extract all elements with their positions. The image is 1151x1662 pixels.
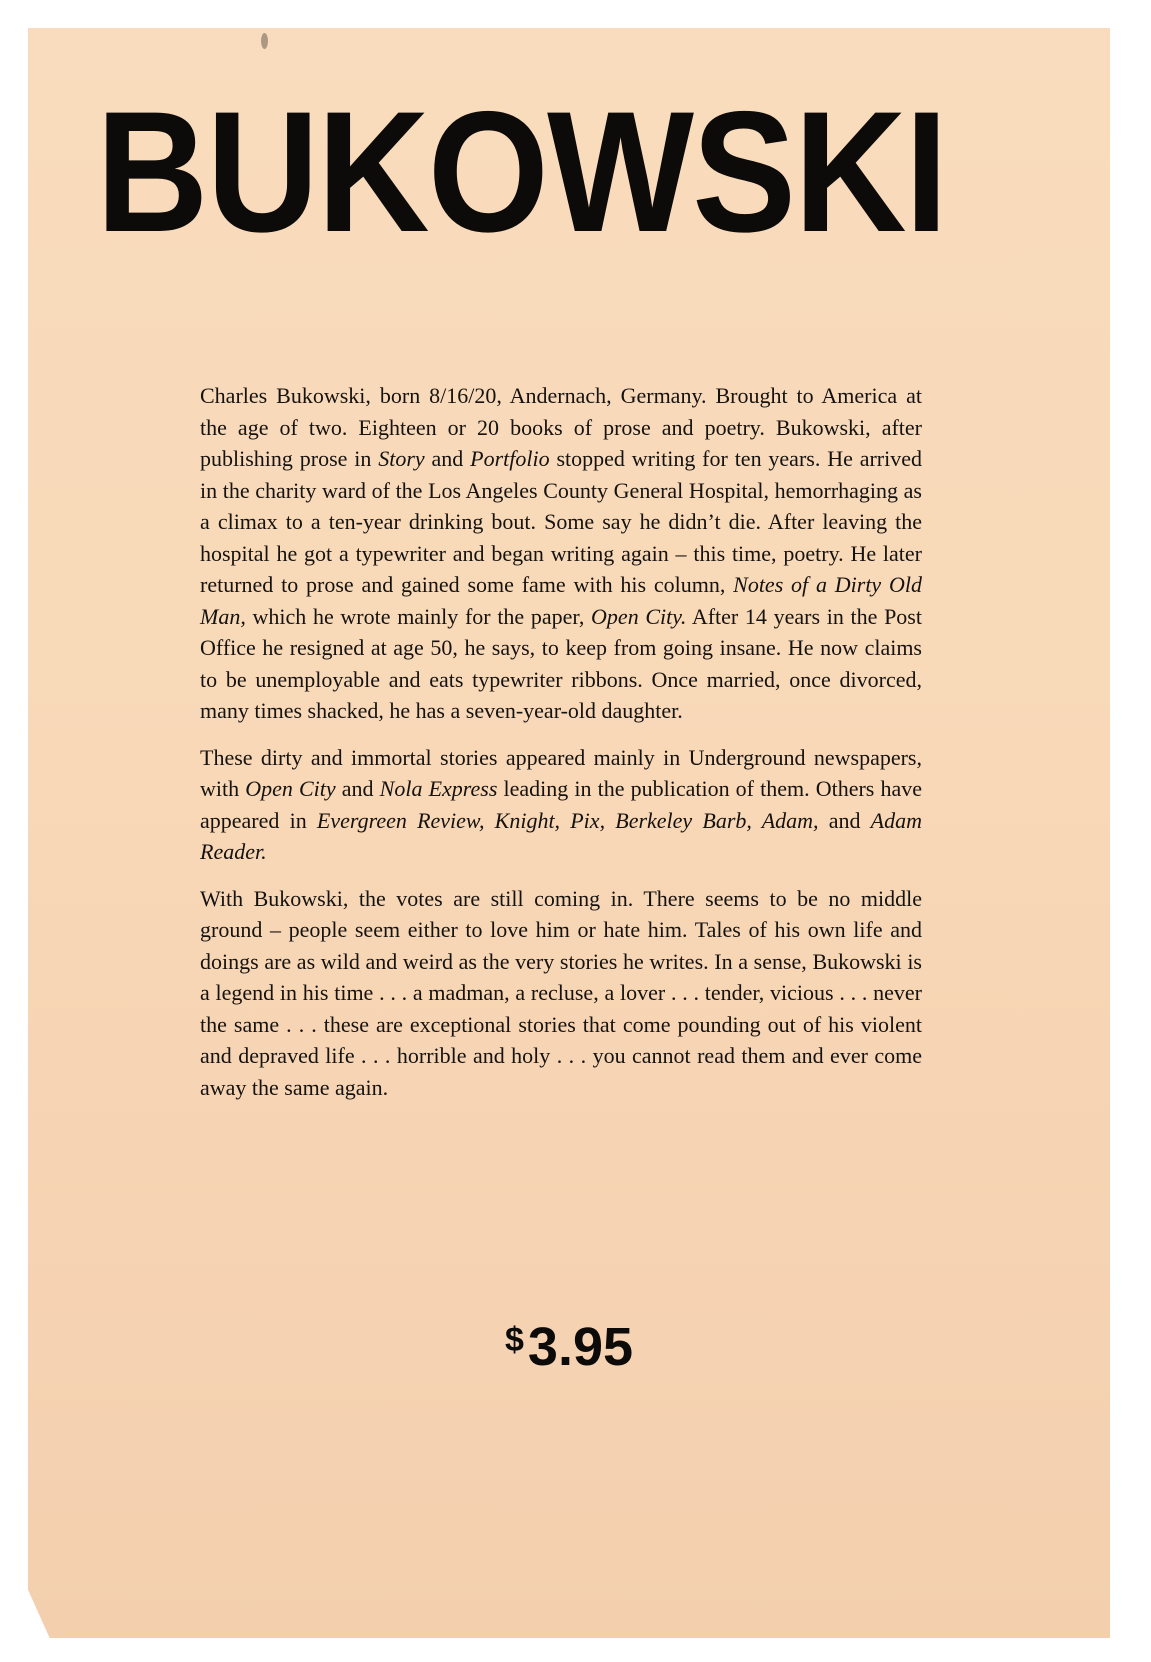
price-tag: $3.95: [28, 1316, 1110, 1378]
bio-paragraph: Charles Bukowski, born 8/16/20, Andernac…: [200, 380, 922, 727]
praise-paragraph: With Bukowski, the votes are still comin…: [200, 883, 922, 1104]
author-title: BUKOWSKI: [96, 86, 1001, 258]
cover-blurb: Charles Bukowski, born 8/16/20, Andernac…: [200, 380, 922, 1118]
currency-symbol: $: [505, 1321, 524, 1359]
publication-paragraph: These dirty and immortal stories appeare…: [200, 742, 922, 868]
book-back-cover: BUKOWSKI Charles Bukowski, born 8/16/20,…: [28, 28, 1110, 1638]
paper-stain: [261, 33, 268, 49]
price-amount: 3.95: [528, 1317, 633, 1377]
